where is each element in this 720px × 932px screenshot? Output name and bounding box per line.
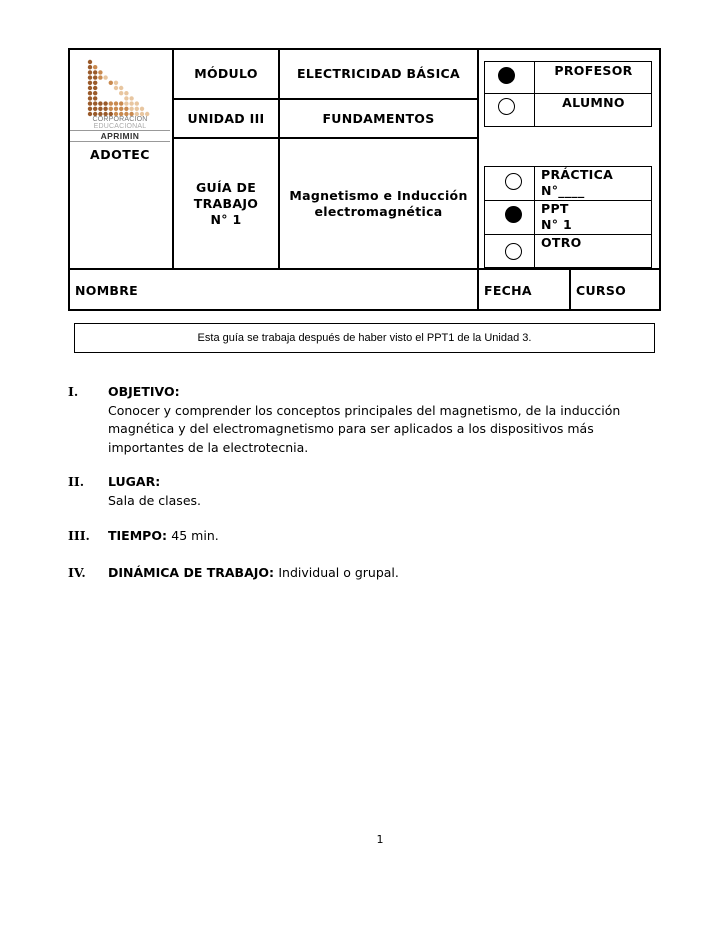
guia-label: GUÍA DE TRABAJO N° 1 (174, 139, 278, 268)
guia-label-3: N° 1 (211, 212, 242, 228)
practica-label: PRÁCTICA N°____ (541, 167, 613, 199)
divider (484, 93, 652, 94)
curso-label: CURSO (576, 283, 626, 299)
section-title: OBJETIVO: (108, 383, 668, 402)
profesor-radio[interactable] (498, 67, 515, 84)
divider (569, 268, 571, 311)
page-number: 1 (360, 833, 400, 846)
section-text: 45 min. (171, 528, 218, 543)
divider (68, 268, 661, 270)
nombre-field[interactable] (150, 272, 475, 309)
fecha-label: FECHA (484, 283, 532, 299)
ppt-label-1: PPT (541, 201, 572, 217)
alumno-radio[interactable] (498, 98, 515, 115)
section-number: III. (68, 527, 90, 546)
section-number: I. (68, 383, 78, 402)
guia-title-1: Magnetismo e Inducción (289, 188, 467, 204)
nombre-label: NOMBRE (75, 283, 138, 299)
section-number: IV. (68, 564, 86, 583)
note-box: Esta guía se trabaja después de haber vi… (74, 323, 655, 353)
logo-org-line3: APRIMIN (70, 130, 170, 142)
section-number: II. (68, 473, 84, 492)
section-text: Individual o grupal. (278, 565, 399, 580)
modulo-value: ELECTRICIDAD BÁSICA (280, 50, 477, 98)
ppt-label: PPT N° 1 (541, 201, 572, 233)
modulo-label: MÓDULO (174, 50, 278, 98)
logo: CORPORACION EDUCACIONAL APRIMIN ADOTEC (70, 52, 170, 167)
guia-label-2: TRABAJO (194, 196, 258, 212)
section-text: Conocer y comprender los conceptos princ… (108, 402, 668, 458)
section-title: DINÁMICA DE TRABAJO: (108, 565, 278, 580)
ppt-number: N° 1 (541, 217, 572, 233)
logo-brand: ADOTEC (70, 147, 170, 162)
profesor-label: PROFESOR (535, 63, 652, 79)
alumno-label: ALUMNO (535, 95, 652, 111)
practica-radio[interactable] (505, 173, 522, 190)
section-title: TIEMPO: (108, 528, 171, 543)
divider (477, 48, 479, 311)
practica-number: N°____ (541, 183, 613, 199)
ppt-radio[interactable] (505, 206, 522, 223)
aprimin-logo-icon (86, 58, 156, 118)
guia-title: Magnetismo e Inducción electromagnética (280, 139, 477, 268)
logo-org-line2: EDUCACIONAL (70, 123, 170, 130)
guia-label-1: GUÍA DE (196, 180, 256, 196)
otro-label: OTRO (541, 235, 582, 251)
unidad-value: FUNDAMENTOS (280, 100, 477, 137)
section-title: LUGAR: (108, 473, 668, 492)
section-text: Sala de clases. (108, 492, 668, 511)
practica-label-1: PRÁCTICA (541, 167, 613, 183)
divider (534, 166, 535, 268)
logo-org-line1: CORPORACION (70, 116, 170, 123)
unidad-label: UNIDAD III (174, 100, 278, 137)
guia-title-2: electromagnética (314, 204, 442, 220)
otro-radio[interactable] (505, 243, 522, 260)
